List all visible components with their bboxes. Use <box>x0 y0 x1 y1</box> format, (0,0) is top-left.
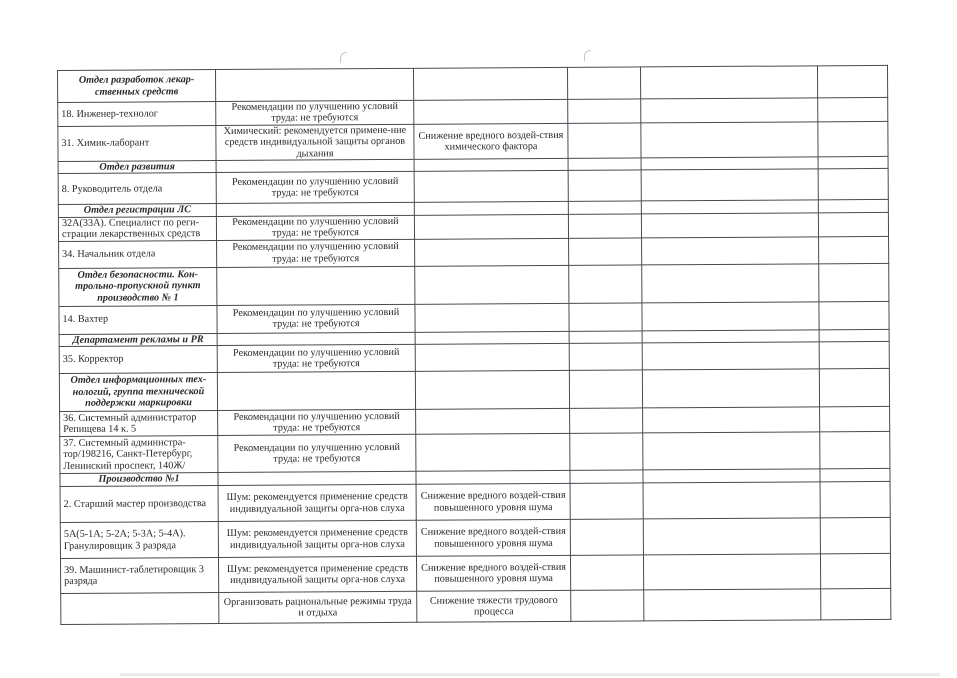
executors-cell <box>642 302 819 331</box>
executors-cell <box>643 469 820 483</box>
scan-mark <box>584 50 591 61</box>
measure-cell <box>216 203 414 217</box>
deadline-cell <box>569 303 642 331</box>
note-cell <box>820 481 890 517</box>
note-cell <box>818 121 888 157</box>
measure-cell <box>216 68 414 101</box>
note-cell <box>819 263 889 301</box>
deadline-cell <box>567 67 640 99</box>
goal-cell <box>415 331 569 344</box>
executors-cell <box>642 237 819 265</box>
position-cell: 37. Системный администра-тор/198216, Сан… <box>60 436 218 474</box>
deadline-cell <box>570 519 643 555</box>
table-row: 8. Руководитель отделаРекомендации по ул… <box>58 169 888 205</box>
goal-cell <box>414 214 568 239</box>
goal-cell: Снижение тяжести трудового процесса <box>417 590 571 622</box>
deadline-cell <box>570 555 643 590</box>
deadline-cell <box>570 470 643 483</box>
measure-cell: Шум: рекомендуется применение средств ин… <box>218 520 416 557</box>
table-row: 5А(5-1А; 5-2А; 5-3А; 5-4А). Гранулировщи… <box>60 517 890 558</box>
goal-cell <box>414 99 568 124</box>
note-cell <box>819 341 889 368</box>
measure-cell: Рекомендации по улучшению условий труда:… <box>216 100 414 125</box>
deadline-cell <box>569 238 642 265</box>
executors-cell <box>641 200 818 213</box>
goal-cell: Снижение вредного воздей-ствия повышенно… <box>416 555 570 591</box>
note-cell <box>819 301 889 329</box>
measure-cell: Шум: рекомендуется применение средств ин… <box>218 484 416 521</box>
executors-cell <box>643 554 820 590</box>
goal-cell <box>414 158 568 171</box>
executors-cell <box>641 169 818 201</box>
section-title: Производство №1 <box>60 473 218 487</box>
page-edge <box>120 673 940 676</box>
executors-cell <box>642 330 819 343</box>
goal-cell <box>416 408 570 434</box>
measure-cell: Рекомендации по улучшению условий труда:… <box>218 409 416 435</box>
measure-cell: Химический: рекомендуется примене-ние ср… <box>216 124 414 160</box>
executors-cell <box>643 482 820 519</box>
measure-cell <box>218 471 416 485</box>
deadline-cell <box>569 331 642 344</box>
table-body: Отдел разработок лекар-ственных средств1… <box>58 65 891 624</box>
executors-cell <box>644 589 821 621</box>
goal-cell: Снижение вредного воздей-ствия повышенно… <box>416 483 570 520</box>
table-row: 37. Системный администра-тор/198216, Сан… <box>60 431 890 473</box>
note-cell <box>818 212 888 236</box>
table-row: 31. Химик-лаборантХимический: рекомендуе… <box>58 121 888 161</box>
section-title: Отдел разработок лекар-ственных средств <box>58 70 216 103</box>
position-cell: 36. Системный администратор Репищева 14 … <box>60 411 218 437</box>
note-cell <box>820 406 890 431</box>
measures-table: Отдел разработок лекар-ственных средств1… <box>57 65 891 625</box>
measure-cell <box>217 266 415 305</box>
deadline-cell <box>569 343 642 370</box>
measure-cell: Организовать рациональные режимы труда и… <box>219 591 417 623</box>
executors-cell <box>641 98 818 123</box>
position-cell: 8. Руководитель отдела <box>58 173 216 205</box>
note-cell <box>821 588 891 619</box>
table-row: Организовать рациональные режимы труда и… <box>61 588 891 624</box>
executors-cell <box>641 122 818 158</box>
deadline-cell <box>568 123 641 159</box>
measure-cell <box>217 332 415 346</box>
scan-mark <box>340 52 347 63</box>
executors-cell <box>642 264 819 303</box>
table-row: 2. Старший мастер производстваШум: реком… <box>60 481 890 522</box>
measure-cell: Рекомендации по улучшению условий труда:… <box>216 215 414 240</box>
section-title: Отдел информационных тех-нологий, группа… <box>59 373 217 412</box>
executors-cell <box>641 213 818 238</box>
deadline-cell <box>568 158 641 171</box>
goal-cell <box>415 303 569 332</box>
note-cell <box>818 200 888 213</box>
deadline-cell <box>570 433 643 470</box>
deadline-cell <box>568 201 641 214</box>
position-cell: 32А(33А). Специалист по реги-страции лек… <box>58 216 216 241</box>
deadline-cell <box>568 170 641 201</box>
note-cell <box>819 329 889 342</box>
goal-cell <box>413 67 567 100</box>
note-cell <box>820 517 890 553</box>
measure-cell: Рекомендации по улучшению условий труда:… <box>217 344 415 372</box>
position-cell: 18. Инженер-технолог <box>58 102 216 127</box>
section-title: Отдел развития <box>58 161 216 174</box>
executors-cell <box>642 369 819 408</box>
note-cell <box>820 553 890 588</box>
measure-cell: Рекомендации по улучшению условий труда:… <box>217 239 415 267</box>
section-title: Отдел регистрации ЛС <box>58 204 216 217</box>
note-cell <box>820 468 890 481</box>
section-title: Отдел безопасности. Кон-трольно-пропускн… <box>59 267 217 306</box>
note-cell <box>818 97 888 121</box>
goal-cell <box>415 265 569 304</box>
section-row: Отдел информационных тех-нологий, группа… <box>59 368 889 411</box>
goal-cell: Снижение вредного воздей-ствия повышенно… <box>416 519 570 556</box>
position-cell: 35. Корректор <box>59 346 217 374</box>
goal-cell: Снижение вредного воздей-ствия химическо… <box>414 123 568 159</box>
note-cell <box>818 156 888 169</box>
position-cell: 39. Машинист-таблетировщик 3 разряда <box>60 558 218 594</box>
deadline-cell <box>568 99 641 123</box>
position-cell: 31. Химик-лаборант <box>58 125 216 161</box>
measure-cell <box>216 159 414 173</box>
section-row: Отдел безопасности. Кон-трольно-пропускн… <box>59 263 889 306</box>
executors-cell <box>643 518 820 555</box>
deadline-cell <box>570 408 643 433</box>
goal-cell <box>415 370 569 409</box>
goal-cell <box>414 202 568 215</box>
executors-cell <box>642 342 819 370</box>
note-cell <box>820 431 890 468</box>
note-cell <box>818 169 888 200</box>
position-cell: 34. Начальник отдела <box>59 240 217 268</box>
deadline-cell <box>568 214 641 238</box>
section-row: Отдел разработок лекар-ственных средств <box>58 65 888 102</box>
deadline-cell <box>570 483 643 519</box>
deadline-cell <box>571 590 644 621</box>
position-cell: 14. Вахтер <box>59 305 217 334</box>
measure-cell: Рекомендации по улучшению условий труда:… <box>218 434 416 472</box>
scanned-page: Отдел разработок лекар-ственных средств1… <box>0 0 957 678</box>
position-cell <box>61 593 219 625</box>
goal-cell <box>414 171 568 203</box>
note-cell <box>817 65 887 97</box>
measure-cell: Рекомендации по улучшению условий труда:… <box>216 172 414 204</box>
goal-cell <box>416 433 570 471</box>
executors-cell <box>643 407 820 433</box>
deadline-cell <box>569 265 642 303</box>
executors-cell <box>643 432 820 470</box>
position-cell: 2. Старший мастер производства <box>60 486 218 523</box>
section-title: Департамент рекламы и PR <box>59 333 217 346</box>
executors-cell <box>640 66 817 99</box>
position-cell: 5А(5-1А; 5-2А; 5-3А; 5-4А). Гранулировщи… <box>60 522 218 559</box>
note-cell <box>819 368 889 406</box>
goal-cell <box>416 470 570 484</box>
deadline-cell <box>569 370 642 408</box>
goal-cell <box>415 343 569 371</box>
goal-cell <box>415 238 569 266</box>
measure-cell: Шум: рекомендуется применение средств ин… <box>218 556 416 592</box>
table-row: 39. Машинист-таблетировщик 3 разрядаШум:… <box>60 553 890 593</box>
executors-cell <box>641 157 818 170</box>
measure-cell: Рекомендации по улучшению условий труда:… <box>217 304 415 333</box>
measure-cell <box>217 371 415 410</box>
note-cell <box>819 236 889 263</box>
